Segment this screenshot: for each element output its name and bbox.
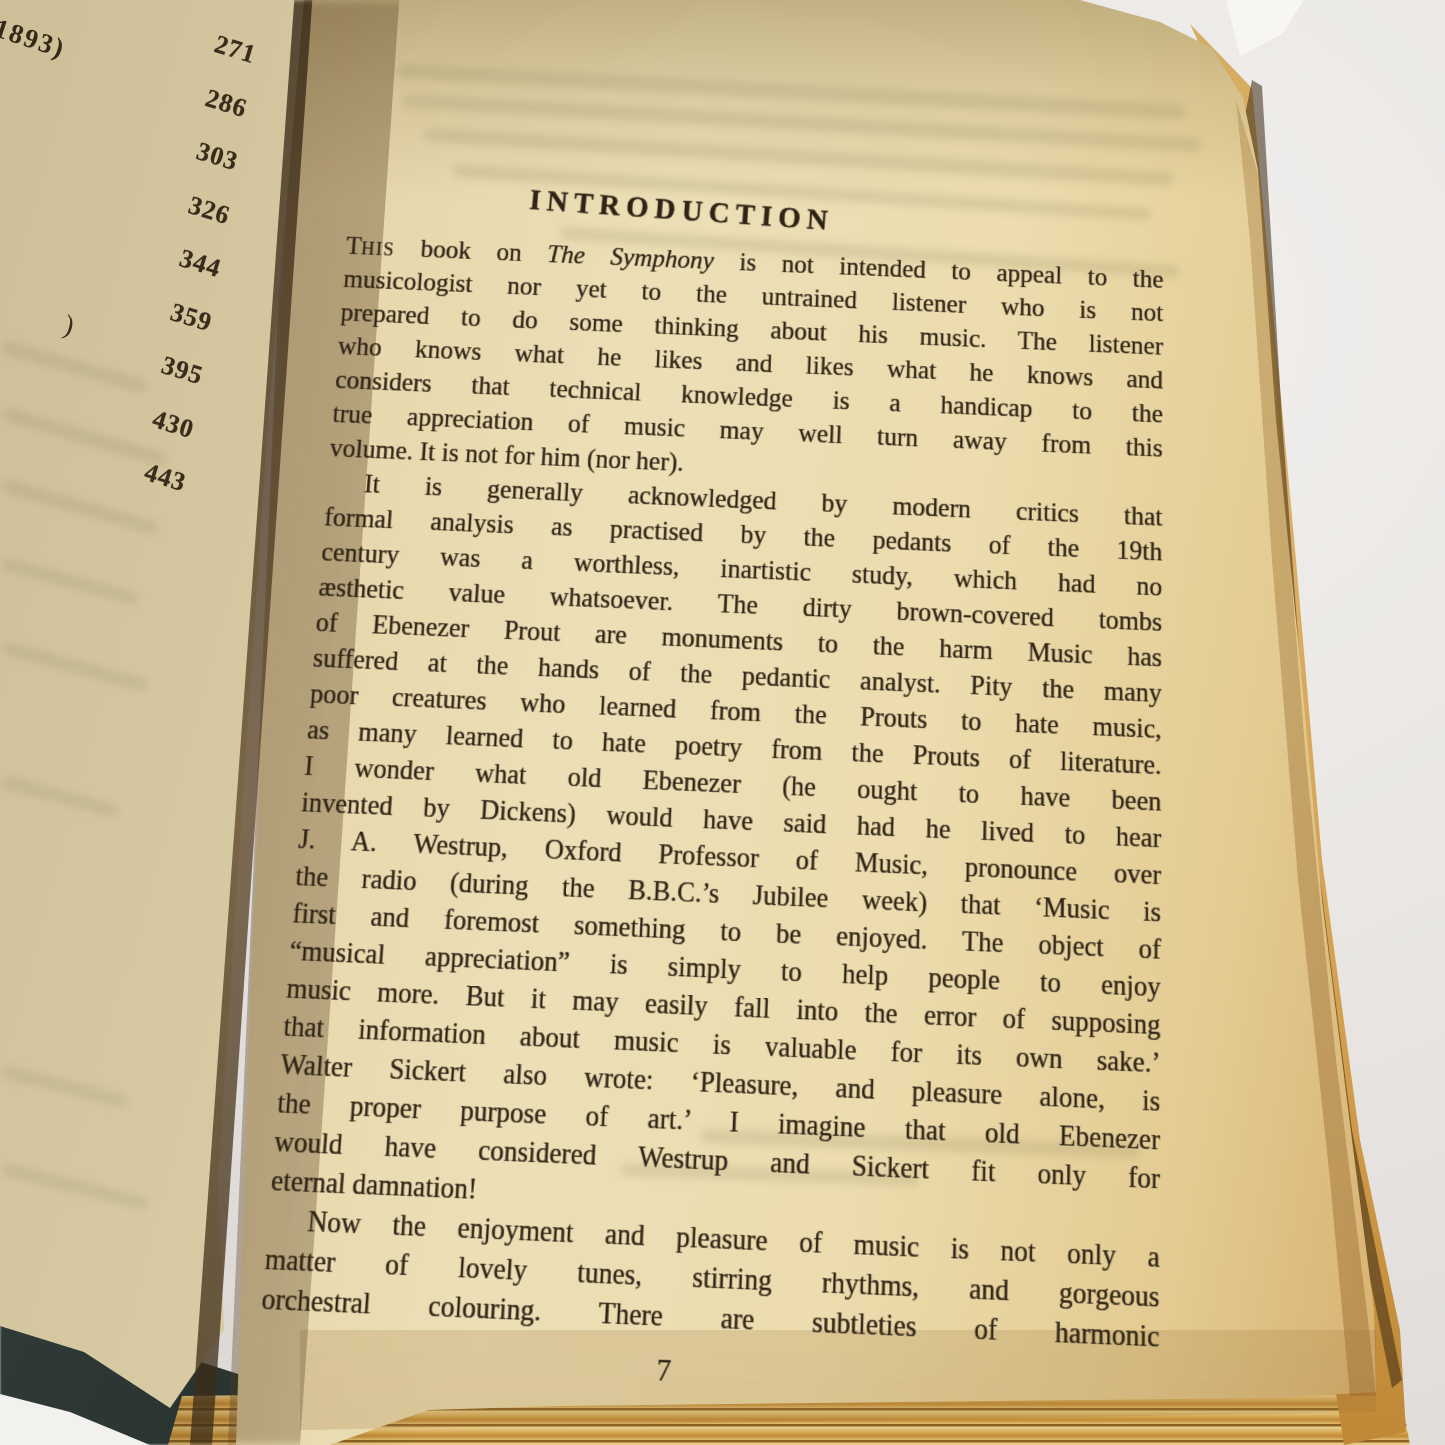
body-text: This book on The Symphony is not intende… — [260, 230, 1163, 1358]
text-segment: eternal damnation! — [270, 1165, 478, 1206]
book-photo: 40–1893) ) 271286303326344359395430443 I… — [0, 0, 1445, 1445]
text-segment: book on — [394, 235, 548, 268]
smallcaps-text: his — [360, 233, 396, 261]
introduction-page-text: INTRODUCTION This book on The Symphony i… — [256, 167, 1164, 1410]
italic-text: The Symphony — [546, 241, 714, 275]
